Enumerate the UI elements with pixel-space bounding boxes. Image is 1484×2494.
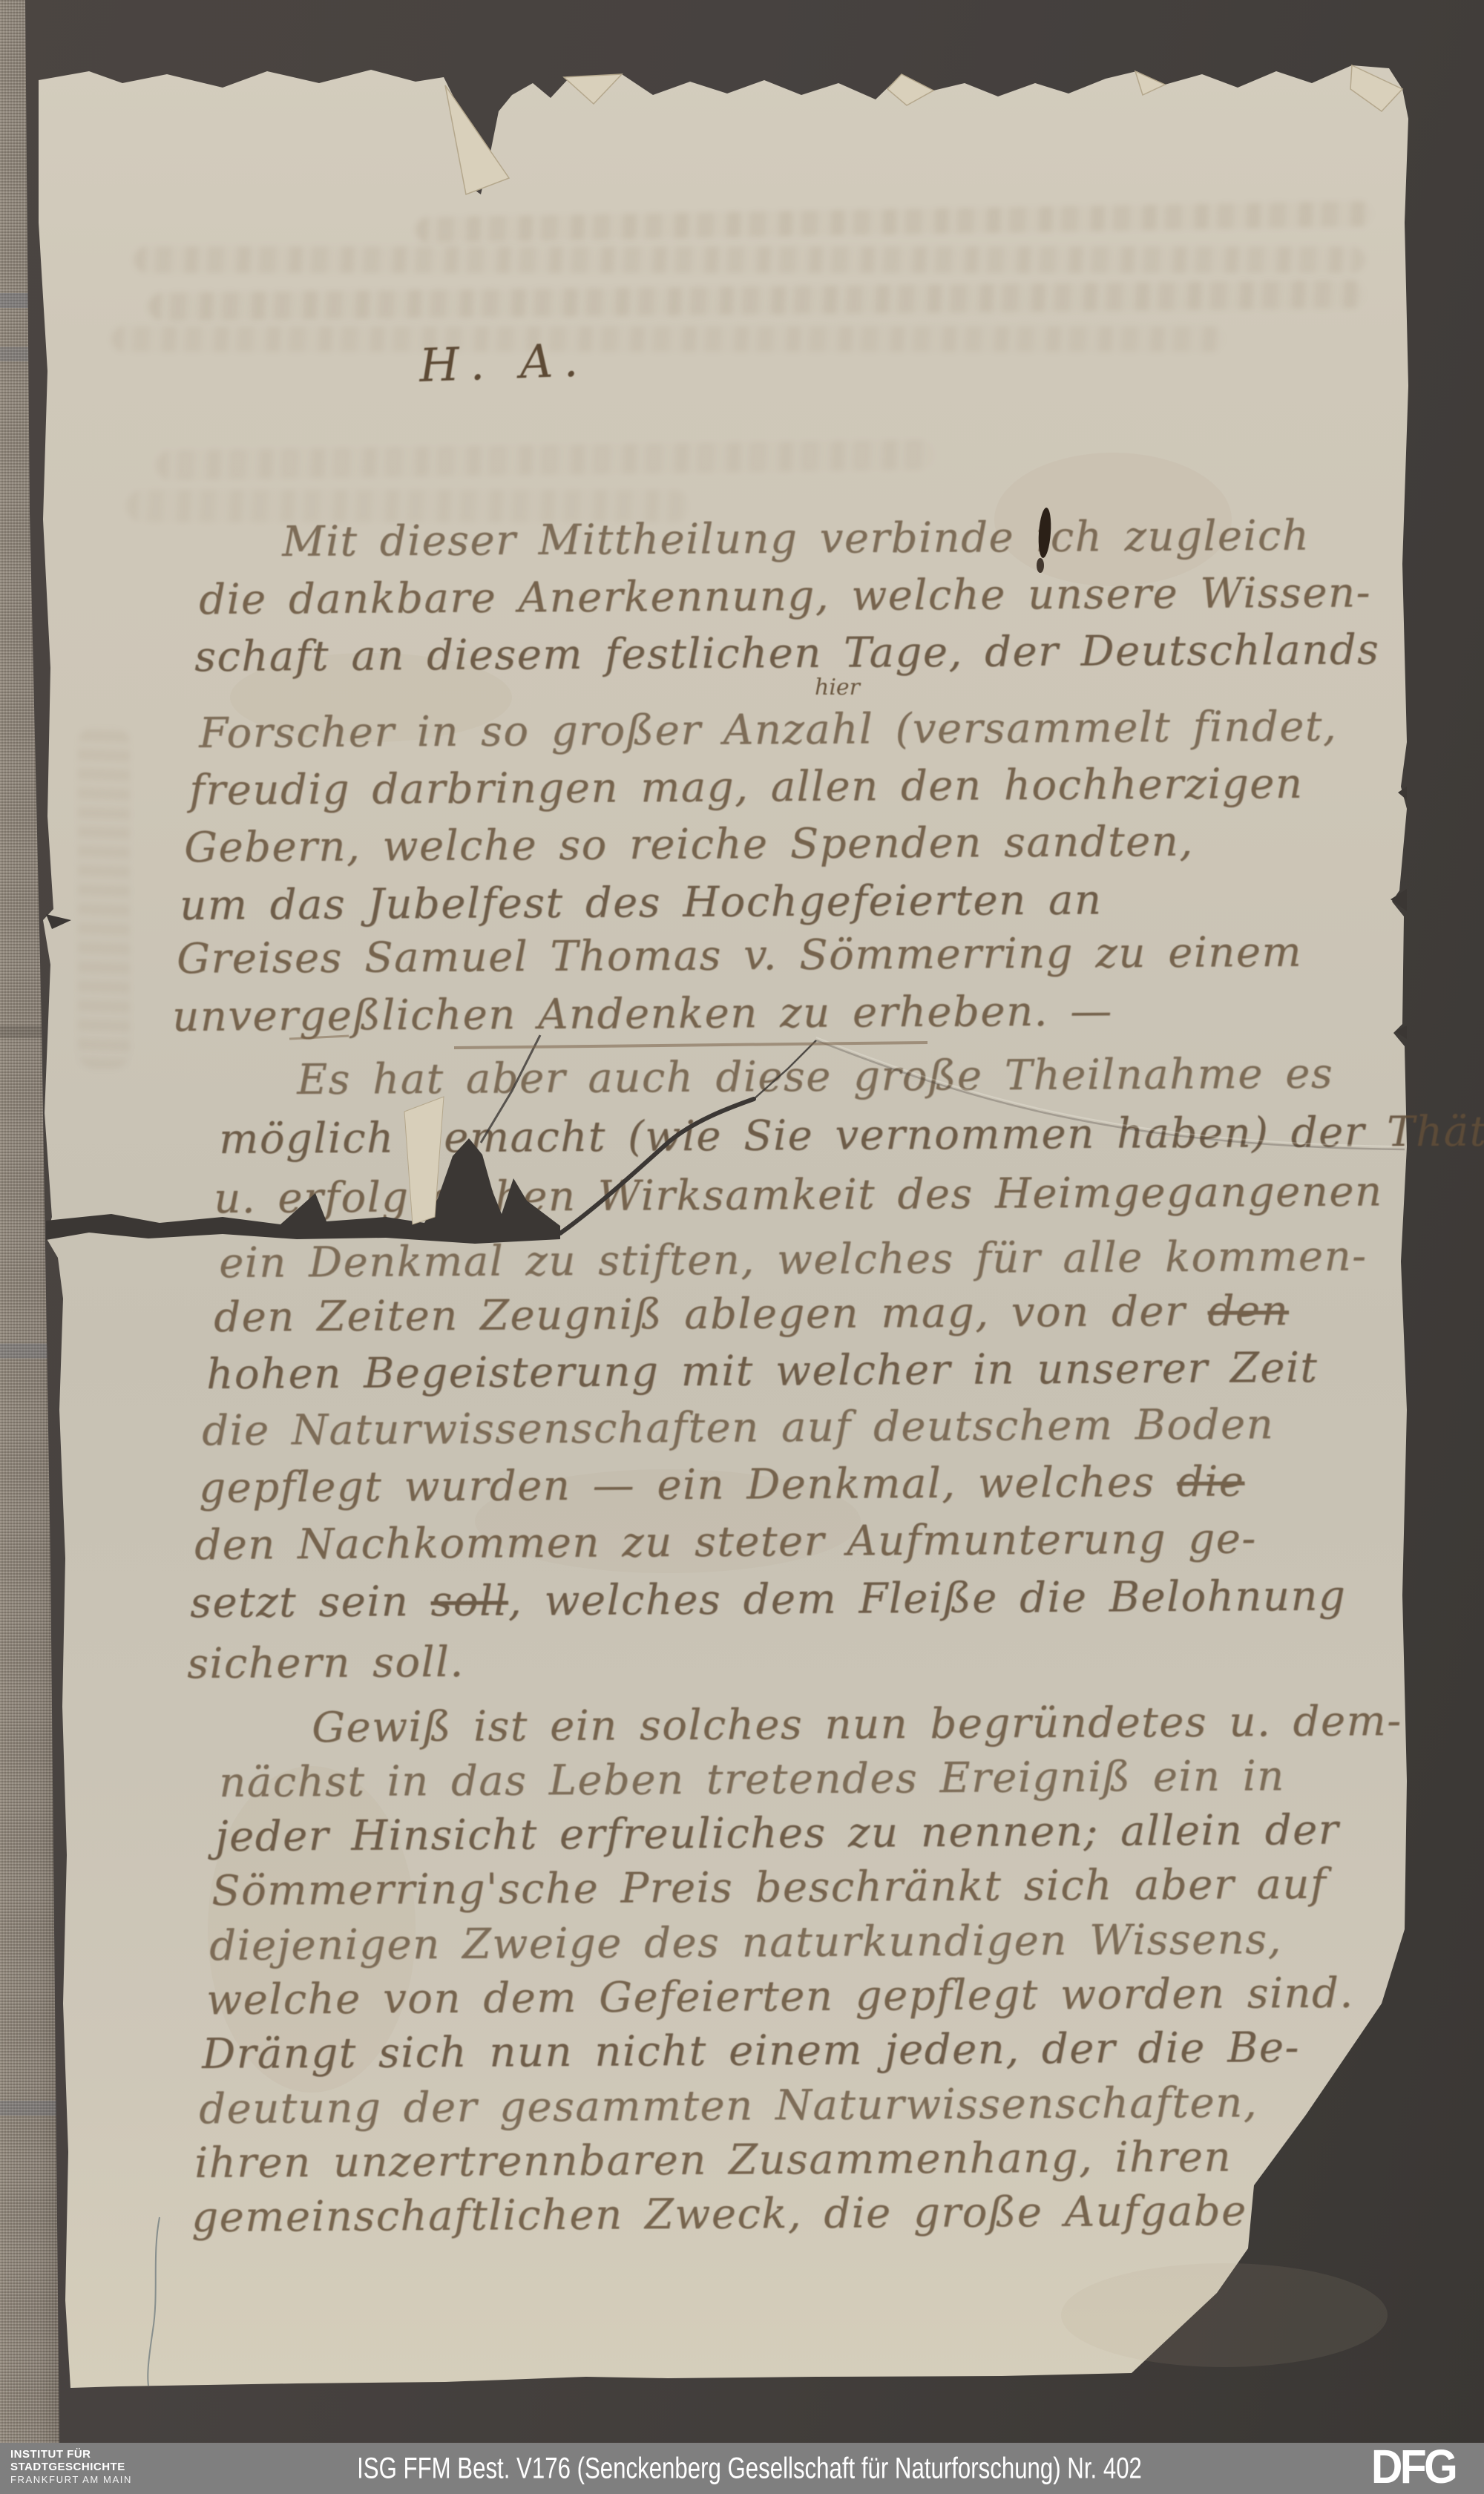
hairline-crack	[148, 2217, 160, 2386]
institute-logo-line: STADTGESCHICHTE	[10, 2461, 132, 2473]
insertion-line	[454, 1043, 927, 1048]
institute-logo-line: INSTITUT FÜR	[10, 2448, 132, 2461]
institute-logo: INSTITUT FÜR STADTGESCHICHTE FRANKFURT A…	[10, 2448, 132, 2486]
scanned-manuscript-page: H. A. hier Mit dieser Mittheilung verbin…	[0, 0, 1484, 2494]
tear-crack	[560, 1099, 754, 1233]
archive-caption: ISG FFM Best. V176 (Senckenberg Gesellsc…	[357, 2452, 1142, 2485]
edge-notch	[1398, 787, 1407, 800]
edge-notch	[1395, 1026, 1407, 1039]
edge-nick	[46, 914, 71, 929]
dfg-logo: DFG	[1371, 2439, 1455, 2494]
tear-hole	[46, 1138, 560, 1244]
tear-crack-thin	[754, 1040, 816, 1099]
paper-damage	[0, 0, 1484, 2494]
crease-line	[816, 1040, 1405, 1149]
ink-blot	[1037, 508, 1053, 559]
edge-notch	[1391, 889, 1407, 911]
institute-logo-line: FRANKFURT AM MAIN	[10, 2473, 132, 2486]
upper-crack	[481, 1035, 540, 1143]
footer-bar: INSTITUT FÜR STADTGESCHICHTE FRANKFURT A…	[0, 2443, 1484, 2494]
